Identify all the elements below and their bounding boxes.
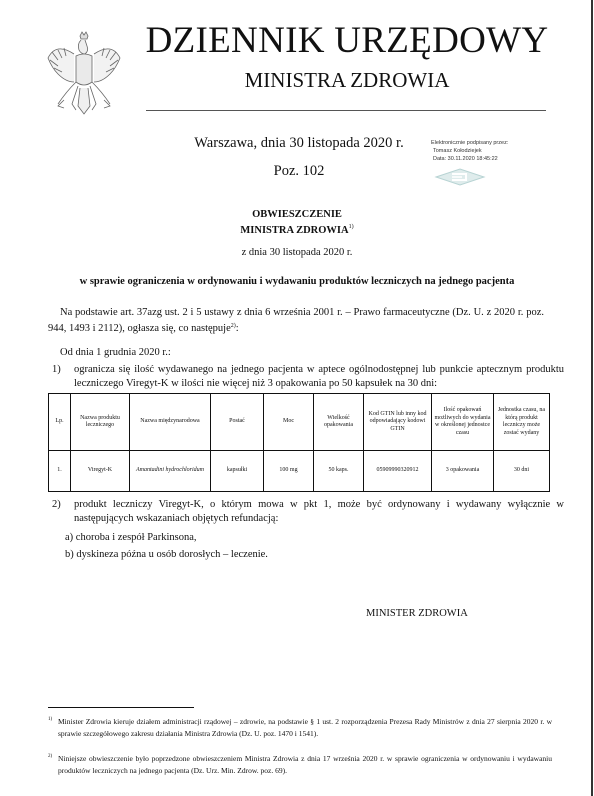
signature-date: Data: 30.11.2020 18:45:22: [431, 155, 551, 163]
table-header-row: Lp. Nazwa produktu leczniczego Nazwa mię…: [49, 394, 550, 451]
legal-basis-text: Na podstawie art. 37azg ust. 2 i 5 ustaw…: [48, 307, 544, 334]
journal-subtitle: MINISTRA ZDROWIA: [142, 70, 552, 91]
header-divider: [146, 110, 546, 111]
col-header-lp: Lp.: [49, 394, 71, 451]
place-date: Warszawa, dnia 30 listopada 2020 r.: [180, 135, 418, 152]
legal-basis-paragraph: Na podstawie art. 37azg ust. 2 i 5 ustaw…: [48, 306, 544, 335]
col-header-form: Postać: [211, 394, 264, 451]
footnote-divider: [48, 707, 194, 708]
item-2-text: produkt leczniczy Viregyt-K, o którym mo…: [74, 499, 564, 524]
table-row: 1. Viregyt-K Amantadini hydrochloridum k…: [49, 451, 550, 492]
item-1: 1)ogranicza się ilość wydawanego na jedn…: [52, 363, 564, 390]
col-header-product-name: Nazwa produktu leczniczego: [71, 394, 130, 451]
electronic-signature: Elektronicznie podpisany przez: Tomasz K…: [431, 139, 551, 163]
journal-title: DZIENNIK URZĘDOWY: [142, 22, 552, 59]
col-header-time-unit: Jednostka czasu, na którą produkt leczni…: [494, 394, 550, 451]
issuer-name: MINISTRA ZDROWIA: [240, 225, 348, 236]
cell-strength: 100 mg: [264, 451, 314, 492]
document-type-line1: OBWIESZCZENIE: [0, 208, 594, 221]
cell-international-name: Amantadini hydrochloridum: [130, 451, 211, 492]
footnote-2: 2) Niniejsze obwieszczenie było poprzedz…: [48, 753, 552, 776]
signature-label: Elektronicznie podpisany przez:: [431, 139, 551, 147]
footnote-1-text: Minister Zdrowia kieruje działem adminis…: [58, 717, 552, 738]
footnote-1-mark: 1): [48, 714, 52, 726]
col-header-strength: Moc: [264, 394, 314, 451]
item-1-text: ogranicza się ilość wydawanego na jedneg…: [74, 364, 564, 389]
cell-lp: 1.: [49, 451, 71, 492]
polish-eagle-emblem-icon: [44, 30, 124, 116]
document-type: OBWIESZCZENIE MINISTRA ZDROWIA1): [0, 208, 594, 237]
indication-b: b) dyskineza późna u osób dorosłych – le…: [65, 548, 545, 562]
footnote-ref-1[interactable]: 1): [349, 224, 354, 230]
item-2-label: 2): [52, 498, 74, 512]
item-1-label: 1): [52, 363, 74, 377]
col-header-international-name: Nazwa międzynarodowa: [130, 394, 211, 451]
col-header-gtin: Kod GTIN lub inny kod odpowiadający kodo…: [364, 394, 432, 451]
cell-gtin: 05909990320912: [364, 451, 432, 492]
page-edge-border: [591, 0, 593, 796]
document-subject: w sprawie ograniczenia w ordynowaniu i w…: [0, 276, 594, 287]
cell-time-unit: 30 dni: [494, 451, 550, 492]
footnote-2-mark: 2): [48, 751, 52, 763]
document-date: z dnia 30 listopada 2020 r.: [0, 247, 594, 258]
footnote-1: 1) Minister Zdrowia kieruje działem admi…: [48, 716, 552, 739]
signature-signer: Tomasz Kołodziejek: [431, 147, 551, 155]
indication-a: a) choroba i zespół Parkinsona,: [65, 531, 545, 545]
cell-pack-count: 3 opakowania: [432, 451, 494, 492]
col-header-pack-size: Wielkość opakowania: [314, 394, 364, 451]
effective-date: Od dnia 1 grudnia 2020 r.:: [60, 346, 540, 360]
cell-product-name: Viregyt-K: [71, 451, 130, 492]
col-header-pack-count: Ilość opakowań możliwych do wydania w ok…: [432, 394, 494, 451]
item-2: 2)produkt leczniczy Viregyt-K, o którym …: [52, 498, 564, 525]
footnote-2-text: Niniejsze obwieszczenie było poprzedzone…: [58, 754, 552, 775]
document-type-line2: MINISTRA ZDROWIA1): [0, 221, 594, 237]
legal-basis-end: :: [236, 323, 239, 334]
cell-form: kapsułki: [211, 451, 264, 492]
position-number: Poz. 102: [180, 163, 418, 180]
cell-pack-size: 50 kaps.: [314, 451, 364, 492]
e-signature-logo-icon: [432, 168, 488, 186]
signoff: MINISTER ZDROWIA: [366, 608, 468, 619]
product-limit-table: Lp. Nazwa produktu leczniczego Nazwa mię…: [48, 393, 550, 492]
